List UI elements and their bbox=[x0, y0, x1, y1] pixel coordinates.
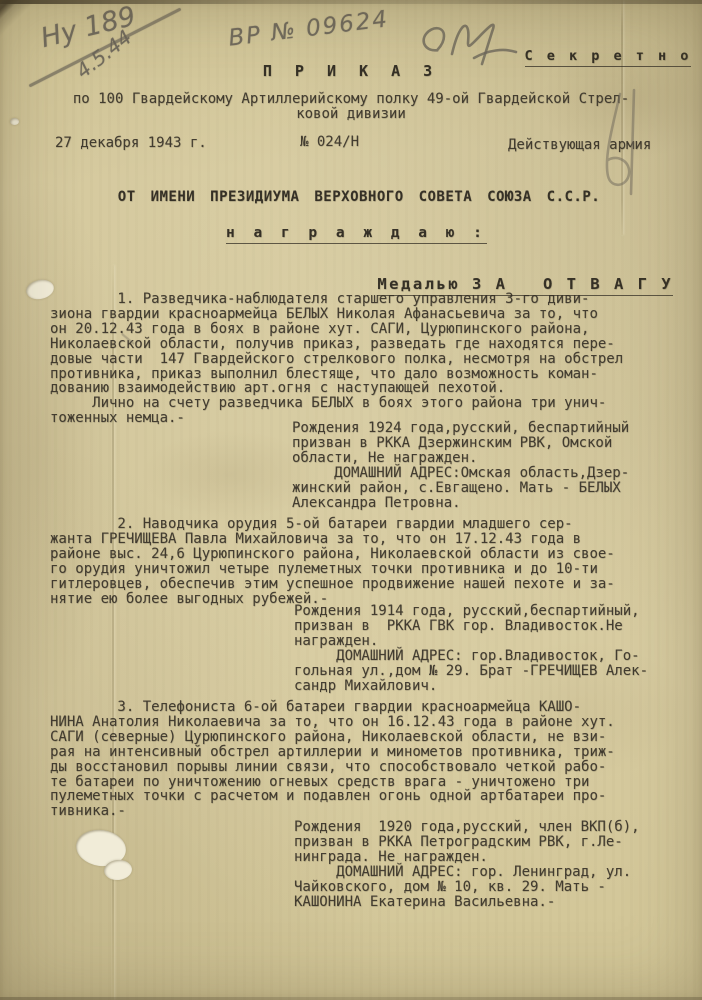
paper-hole bbox=[10, 118, 19, 125]
award-entry-2-details: Рождения 1914 года, русский,беспартийный… bbox=[294, 604, 648, 693]
handwritten-incoming-number: ВР № 09624 bbox=[227, 6, 390, 51]
order-title: П Р И К А З bbox=[0, 64, 702, 79]
award-entry-1-body: 1. Разведчика-наблюдателя старшего управ… bbox=[50, 292, 623, 426]
scanned-order-page: Ну 189 4.5.44 ВР № 09624 С е к р е т н о… bbox=[0, 0, 702, 1000]
award-entry-2-body: 2. Наводчика орудия 5-ой батареи гвардии… bbox=[50, 517, 615, 606]
scan-corner-shadow bbox=[0, 0, 42, 42]
paper-stain bbox=[0, 180, 120, 700]
preamble-award-clause: н а г р а ж д а ю : bbox=[0, 211, 680, 256]
order-number: № 024/Н bbox=[300, 135, 359, 150]
scan-edge-top bbox=[0, 0, 702, 4]
award-entry-1-details: Рождения 1924 года,русский, беспартийный… bbox=[292, 421, 629, 510]
award-entry-3-details: Рождения 1920 года,русский, член ВКП(б),… bbox=[294, 820, 640, 909]
award-entry-3-body: 3. Телефониста 6-ой батареи гвардии крас… bbox=[50, 700, 615, 819]
margin-pencil-mark-icon bbox=[582, 88, 652, 203]
order-date: 27 декабря 1943 г. bbox=[55, 136, 207, 151]
preamble-authority-line: ОТ ИМЕНИ ПРЕЗИДИУМА ВЕРХОВНОГО СОВЕТА СО… bbox=[8, 190, 702, 205]
